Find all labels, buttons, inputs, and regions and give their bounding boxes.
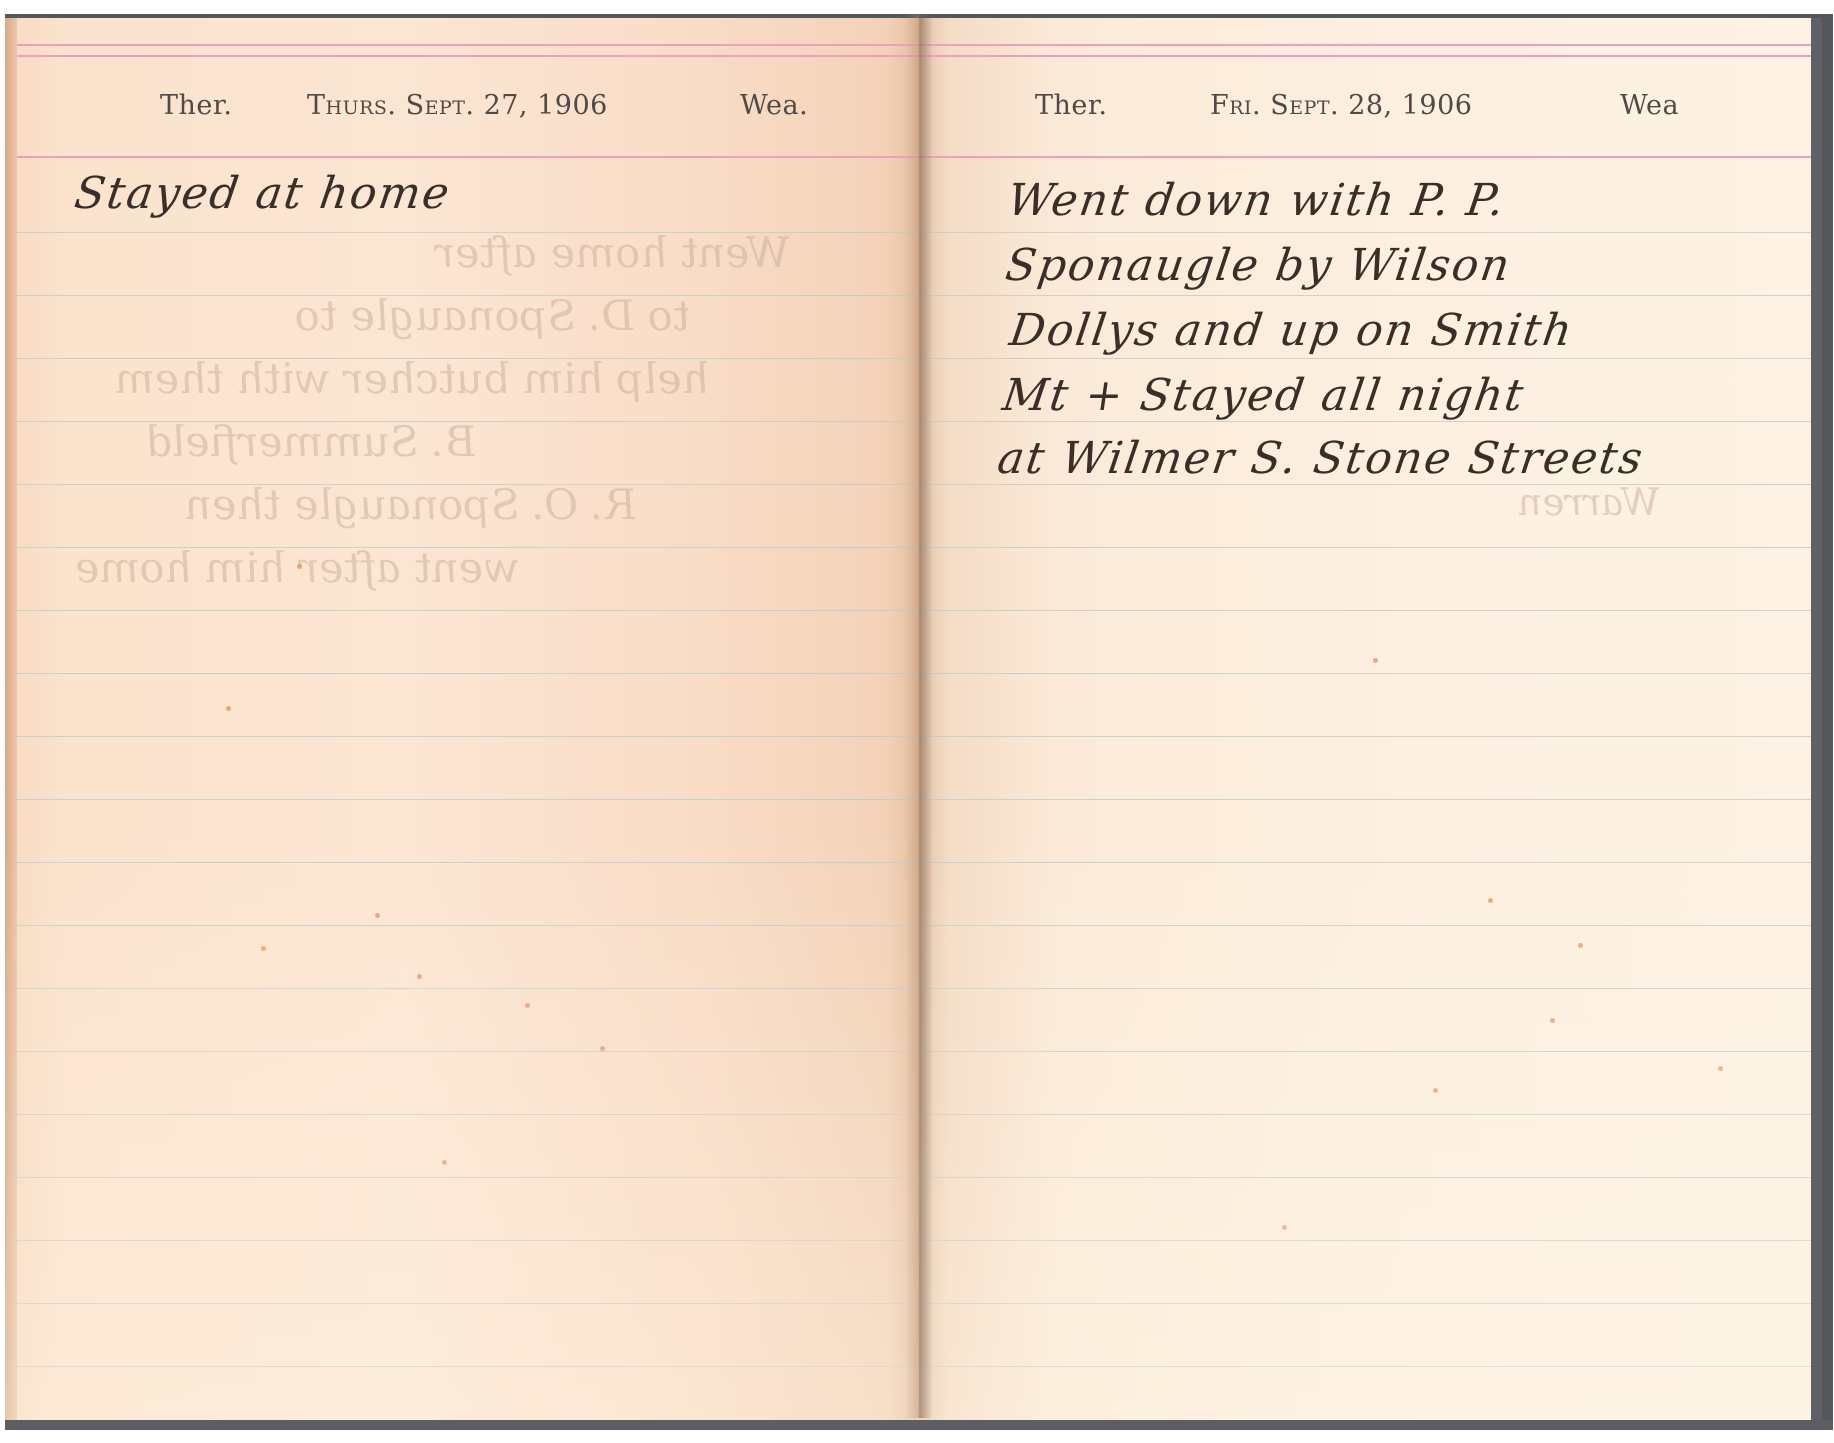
date-heading: Thurs. Sept. 27, 1906 xyxy=(307,90,608,121)
ruled-line xyxy=(918,673,1812,674)
ruled-line xyxy=(918,736,1812,737)
ther-label: Ther. xyxy=(1035,90,1107,121)
entry-line: Went down with P. P. xyxy=(1004,175,1509,226)
open-diary: Ther. Thurs. Sept. 27, 1906 Wea. Went ho… xyxy=(5,14,1833,1430)
entry-line: at Wilmer S. Stone Streets xyxy=(994,433,1647,484)
entry-line: Stayed at home xyxy=(71,168,454,219)
ruled-line xyxy=(918,358,1812,359)
bleed-through-text: Went home after xyxy=(432,228,794,277)
bleed-through-text: help him butcher with them xyxy=(112,354,713,403)
bleed-through-text: to D. Sponaugle to xyxy=(292,291,694,340)
ruled-line xyxy=(17,610,918,611)
date-heading: Fri. Sept. 28, 1906 xyxy=(1210,90,1472,121)
ruled-line xyxy=(17,799,918,800)
pink-top-rule xyxy=(918,44,1812,46)
entry-line: Sponaugle by Wilson xyxy=(1002,240,1514,291)
pink-top-rule xyxy=(17,44,918,46)
ruled-line xyxy=(918,799,1812,800)
bleed-through-text: B. Summerfield xyxy=(142,417,480,466)
ruled-line xyxy=(918,421,1812,422)
paper-tone xyxy=(918,822,1822,1422)
pink-top-rule xyxy=(17,55,918,57)
entry-line: Mt + Stayed all night xyxy=(999,370,1528,421)
right-page: Ther. Fri. Sept. 28, 1906 Wea Warren Wen… xyxy=(918,18,1822,1422)
ruled-line xyxy=(918,610,1812,611)
pink-header-rule xyxy=(17,156,918,158)
wea-label: Wea. xyxy=(740,90,808,121)
book-spine xyxy=(905,14,933,1418)
foxing-spot xyxy=(1373,658,1378,663)
bleed-through-text: Warren xyxy=(1515,480,1663,524)
ruled-line xyxy=(17,736,918,737)
paper-tone xyxy=(5,822,918,1422)
pink-top-rule xyxy=(918,55,1812,57)
foxing-spot xyxy=(297,564,302,569)
ruled-line xyxy=(918,295,1812,296)
ther-label: Ther. xyxy=(160,90,232,121)
pink-header-rule xyxy=(918,156,1812,158)
ruled-line xyxy=(918,547,1812,548)
foxing-spot xyxy=(226,706,231,711)
cover-edge xyxy=(1811,18,1822,1422)
cover-edge xyxy=(5,1420,1833,1430)
ruled-line xyxy=(918,232,1812,233)
entry-line: Dollys and up on Smith xyxy=(1006,305,1576,356)
left-page: Ther. Thurs. Sept. 27, 1906 Wea. Went ho… xyxy=(5,18,918,1422)
wea-label: Wea xyxy=(1620,90,1679,121)
ruled-line xyxy=(17,673,918,674)
bleed-through-text: R. O. Sponaugle then xyxy=(182,480,640,529)
ruled-line xyxy=(918,484,1812,485)
